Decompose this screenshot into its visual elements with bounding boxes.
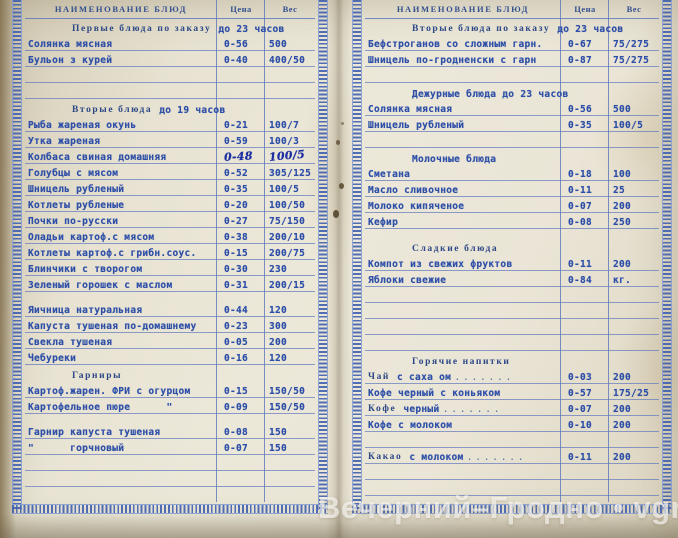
- dish-price: 0-48: [217, 150, 266, 163]
- dish-name-typed: Кофе с молоком: [368, 421, 452, 431]
- dish-name: Первые блюда по заказудо 23 часов: [69, 25, 315, 35]
- dish-weight: 305/125: [265, 169, 315, 179]
- dish-name-typed: Свекла тушеная: [28, 338, 112, 348]
- menu-row: Кофе с молоком 0-10 200: [365, 416, 659, 432]
- dish-name: Шницель рубленый: [365, 121, 561, 131]
- dish-name: Кофе с молоком: [365, 421, 561, 431]
- dish-name-typed: до 23 часов: [557, 25, 623, 35]
- dish-name-typed: Дежурные блюда до 23 часов: [412, 90, 569, 100]
- dish-name: Чебуреки: [25, 354, 217, 364]
- menu-row: Кефир 0-08 250: [365, 213, 659, 229]
- dish-name-typed: Яичница натуральная: [28, 306, 142, 316]
- dish-price: 0-07: [561, 202, 609, 212]
- menu-row: " горчновый 0-07 150: [25, 439, 315, 455]
- menu-row: Дежурные блюда до 23 часов: [365, 83, 659, 100]
- menu-row: Шницель рубленый 0-35 100/5: [365, 116, 659, 132]
- dish-name-typed: Утка жареная: [28, 137, 100, 147]
- book-fold-crease: [326, 0, 352, 538]
- dish-name-printed: Чай: [368, 373, 390, 383]
- menu-row: [25, 292, 315, 301]
- dish-name-typed: Кефир: [368, 218, 398, 228]
- header-weight: Вес: [265, 4, 315, 14]
- menu-row: Бульон з курей 0-40 400/50: [25, 51, 315, 67]
- menu-row: Чебуреки 0-16 120: [25, 349, 315, 365]
- dish-name: Голубцы с мясом: [25, 169, 217, 179]
- menu-row: Свекла тушеная 0-05 200: [25, 333, 315, 349]
- dish-name-typed: Колбаса свиная домашняя: [28, 153, 166, 163]
- dish-name-typed: Капуста тушеная по-домашнему: [28, 322, 197, 332]
- dish-name-typed: Шницель рубленый: [28, 185, 124, 195]
- dot-leader: . . . . . . .: [456, 373, 511, 382]
- menu-row: [365, 132, 659, 148]
- menu-row: [365, 464, 659, 480]
- dish-price: 0-38: [217, 233, 265, 243]
- dish-weight: 75/275: [609, 40, 659, 50]
- menu-row: Компот из свежих фруктов 0-11 200: [365, 255, 659, 271]
- menu-row: [365, 67, 659, 83]
- dish-weight: 200: [609, 260, 659, 270]
- dish-weight: 100/50: [265, 201, 315, 211]
- menu-row: Яичница натуральная 0-44 120: [25, 301, 315, 317]
- dish-price: 0-10: [561, 421, 609, 431]
- dish-name-typed: Оладьи картоф.с мясом: [28, 233, 154, 243]
- dish-weight: 150: [265, 444, 315, 454]
- dish-name-typed: Масло сливочное: [368, 186, 458, 196]
- stitched-border-left: [12, 0, 22, 510]
- dish-name-typed: Картофельное пюре ": [28, 403, 172, 413]
- dish-name-printed: Какао: [368, 453, 402, 463]
- menu-row: [25, 471, 315, 487]
- dish-name-printed: Сладкие блюда: [412, 245, 498, 255]
- dish-name-typed: Рыба жареная окунь: [28, 121, 136, 131]
- dish-name: Масло сливочное: [365, 186, 561, 196]
- dish-name: Почки по-русски: [25, 217, 217, 227]
- dish-price: 0-11: [561, 260, 609, 270]
- menu-row: Котлеты рубленые 0-20 100/50: [25, 196, 315, 212]
- stitched-border-bottom: [12, 504, 328, 514]
- dish-price: 0-67: [561, 40, 609, 50]
- dish-price: 0-05: [217, 338, 265, 348]
- dish-name: Какаос молоком. . . . . . .: [365, 453, 561, 463]
- dish-name-typed: Котлеты рубленые: [28, 201, 124, 211]
- dish-weight: 150/50: [265, 403, 315, 413]
- dish-name-typed: Блинчики с творогом: [28, 265, 142, 275]
- dish-name-typed: Шницель рубленый: [368, 121, 464, 131]
- dish-name-typed: Шницель по-гродненски с гарн: [368, 56, 537, 66]
- menu-row: Рыба жареная окунь 0-21 100/7: [25, 116, 315, 132]
- dish-name-printed: Вторые блюда по заказу: [412, 25, 550, 35]
- dish-weight: 200: [609, 421, 659, 431]
- dish-price: 0-07: [217, 444, 265, 454]
- menu-table: НАИМЕНОВАНИЕ БЛЮД Цена Вес Первые блюда …: [25, 0, 315, 502]
- dish-name: Шницель рубленый: [25, 185, 217, 195]
- menu-row: Шницель по-гродненски с гарн 0-87 75/275: [365, 51, 659, 67]
- dish-price: 0-31: [217, 281, 265, 291]
- dish-name: Чайс саха ом. . . . . . .: [365, 373, 561, 383]
- dish-name-typed: Голубцы с мясом: [28, 169, 118, 179]
- menu-row: Какаос молоком. . . . . . . 0-11 200: [365, 448, 659, 464]
- dish-price: 0-35: [217, 185, 265, 195]
- menu-row: Бефстроганов со сложным гарн. 0-67 75/27…: [365, 35, 659, 51]
- dish-name: Зеленый горошек с маслом: [25, 281, 217, 291]
- dish-name: Вторые блюда по заказудо 23 часов: [409, 25, 659, 35]
- dish-name: Котлеты картоф.с грибн.соус.: [25, 249, 217, 259]
- menu-row: Яблоки свежие 0-84 кг.: [365, 271, 659, 287]
- dish-name: Солянка мясная: [365, 105, 561, 115]
- dish-name: Картофельное пюре ": [25, 403, 217, 413]
- header-weight: Вес: [609, 4, 659, 14]
- menu-row: Сладкие блюда: [365, 238, 659, 255]
- dish-name-typed: Молоко кипяченое: [368, 202, 464, 212]
- dish-weight: 200/75: [265, 249, 315, 259]
- age-speck: [341, 122, 344, 125]
- dish-name-typed: Яблоки свежие: [368, 276, 446, 286]
- dish-weight: 120: [265, 306, 315, 316]
- dish-name: Сметана: [365, 170, 561, 180]
- dish-weight: 500: [609, 105, 659, 115]
- dish-name-typed: Картоф.жарен. ФРИ с огурцом: [28, 387, 191, 397]
- dish-weight: 100/3: [265, 137, 315, 147]
- dish-price: 0-23: [217, 322, 265, 332]
- dish-name: Колбаса свиная домашняя: [25, 153, 217, 163]
- menu-row: Картофельное пюре " 0-09 150/50: [25, 398, 315, 414]
- dish-name: Горячие напитки: [409, 358, 659, 368]
- menu-row: Почки по-русски 0-27 75/150: [25, 212, 315, 228]
- dish-name: Бульон з курей: [25, 56, 217, 66]
- menu-row: Солянка мясная 0-56 500: [25, 35, 315, 51]
- dish-price: 0-11: [561, 453, 609, 463]
- dish-name: Картоф.жарен. ФРИ с огурцом: [25, 387, 217, 397]
- age-speck: [333, 210, 339, 218]
- dish-name: Блинчики с творогом: [25, 265, 217, 275]
- dish-weight: 500: [265, 40, 315, 50]
- menu-row: [365, 432, 659, 448]
- dish-price: 0-09: [217, 403, 265, 413]
- dish-name-typed: Компот из свежих фруктов: [368, 260, 512, 270]
- dish-name-typed: Чебуреки: [28, 354, 76, 364]
- dish-name-typed: Зеленый горошек с маслом: [28, 281, 172, 291]
- header-name: НАИМЕНОВАНИЕ БЛЮД: [365, 4, 561, 14]
- dish-price: 0-15: [217, 387, 265, 397]
- menu-row: Кофе черный с коньяком 0-57 175/25: [365, 384, 659, 400]
- menu-row: [25, 83, 315, 99]
- menu-row: Блинчики с творогом 0-30 230: [25, 260, 315, 276]
- menu-row: Сметана 0-18 100: [365, 165, 659, 181]
- table-header: НАИМЕНОВАНИЕ БЛЮД Цена Вес: [365, 0, 659, 19]
- dish-weight: 200: [609, 202, 659, 212]
- dish-weight: 200/10: [265, 233, 315, 243]
- dish-name: Гарнир капуста тушеная: [25, 428, 217, 438]
- dish-price: 0-30: [217, 265, 265, 275]
- dish-name: Молочные блюда: [409, 155, 659, 165]
- menu-row: Чайс саха ом. . . . . . . 0-03 200: [365, 368, 659, 384]
- dish-price: 0-08: [217, 428, 265, 438]
- menu-row: [365, 319, 659, 335]
- menu-rows: Вторые блюда по заказудо 23 часов Бефстр…: [365, 18, 659, 502]
- menu-rows: Первые блюда по заказудо 23 часов Солянк…: [25, 18, 315, 502]
- menu-row: Солянка мясная 0-56 500: [365, 100, 659, 116]
- dish-price: 0-56: [561, 105, 609, 115]
- menu-row: [365, 287, 659, 303]
- dish-price: 0-16: [217, 354, 265, 364]
- dish-name: Кофе черный с коньяком: [365, 389, 561, 399]
- dish-price: 0-40: [217, 56, 265, 66]
- dish-weight: 100: [609, 170, 659, 180]
- menu-photo: НАИМЕНОВАНИЕ БЛЮД Цена Вес Первые блюда …: [0, 0, 678, 538]
- dot-leader: . . . . . . .: [469, 453, 524, 462]
- dish-name-typed: Гарнир капуста тушеная: [28, 428, 160, 438]
- dish-name: " горчновый: [25, 444, 217, 454]
- dish-weight: 100/5: [609, 121, 659, 131]
- menu-row: Котлеты картоф.с грибн.соус. 0-15 200/75: [25, 244, 315, 260]
- menu-row: Шницель рубленый 0-35 100/5: [25, 180, 315, 196]
- menu-row: Картоф.жарен. ФРИ с огурцом 0-15 150/50: [25, 382, 315, 398]
- menu-table: НАИМЕНОВАНИЕ БЛЮД Цена Вес Вторые блюда …: [365, 0, 659, 502]
- menu-row: [25, 414, 315, 423]
- dish-weight: 400/50: [265, 56, 315, 66]
- dish-weight: 200: [609, 373, 659, 383]
- dish-name: Дежурные блюда до 23 часов: [409, 90, 659, 100]
- dish-name: Бефстроганов со сложным гарн.: [365, 40, 561, 50]
- menu-row: Голубцы с мясом 0-52 305/125: [25, 164, 315, 180]
- dish-price: 0-07: [561, 405, 609, 415]
- menu-row: Оладьи картоф.с мясом 0-38 200/10: [25, 228, 315, 244]
- dish-price: 0-59: [217, 137, 265, 147]
- dish-name-printed: Гарниры: [72, 372, 122, 382]
- dish-name-printed: Горячие напитки: [412, 358, 510, 368]
- dish-weight: 250: [609, 218, 659, 228]
- dish-price: 0-11: [561, 186, 609, 196]
- dish-name: Утка жареная: [25, 137, 217, 147]
- dish-name-typed: Бульон з курей: [28, 56, 112, 66]
- dish-name: Рыба жареная окунь: [25, 121, 217, 131]
- dish-name-typed: до 19 часов: [159, 106, 225, 116]
- dish-weight: 75/275: [609, 56, 659, 66]
- dish-weight: 230: [265, 265, 315, 275]
- dish-name: Кефир: [365, 218, 561, 228]
- dish-name-typed: Кофе черный с коньяком: [368, 389, 500, 399]
- dish-weight: 150: [265, 428, 315, 438]
- dot-leader: . . . . . . .: [444, 405, 499, 414]
- dish-price: 0-03: [561, 373, 609, 383]
- menu-row: Гарнир капуста тушеная 0-08 150: [25, 423, 315, 439]
- menu-row: Колбаса свиная домашняя 0-48 100/5: [25, 148, 315, 164]
- dish-name: Яблоки свежие: [365, 276, 561, 286]
- dish-name: Свекла тушеная: [25, 338, 217, 348]
- dish-name-typed: Почки по-русски: [28, 217, 118, 227]
- dish-weight: 300: [265, 322, 315, 332]
- dish-weight: кг.: [609, 276, 659, 286]
- dish-price: 0-21: [217, 121, 265, 131]
- dish-name: Кофечерный. . . . . . .: [365, 405, 561, 415]
- dish-name-typed: с саха ом: [397, 373, 451, 383]
- header-price: Цена: [217, 4, 265, 14]
- dish-weight: 200: [609, 405, 659, 415]
- table-header: НАИМЕНОВАНИЕ БЛЮД Цена Вес: [25, 0, 315, 19]
- menu-row: Вторые блюдадо 19 часов: [25, 99, 315, 116]
- dish-name: Гарниры: [69, 372, 315, 382]
- dish-name-printed: Первые блюда по заказу: [72, 25, 211, 35]
- dish-name: Капуста тушеная по-домашнему: [25, 322, 217, 332]
- menu-row: [365, 229, 659, 238]
- dish-weight: 200/15: [265, 281, 315, 291]
- dish-name-typed: до 23 часов: [218, 25, 284, 35]
- dish-name-typed: с молоком: [409, 453, 463, 463]
- dish-price: 0-87: [561, 56, 609, 66]
- dish-name-typed: Бефстроганов со сложным гарн.: [368, 40, 543, 50]
- photo-watermark: Вечерний–Гродно • vgr.by: [318, 490, 678, 526]
- dish-name-typed: Сметана: [368, 170, 410, 180]
- dish-name: Солянка мясная: [25, 40, 217, 50]
- header-name: НАИМЕНОВАНИЕ БЛЮД: [25, 4, 217, 14]
- menu-page-left: НАИМЕНОВАНИЕ БЛЮД Цена Вес Первые блюда …: [12, 0, 328, 516]
- menu-row: [25, 455, 315, 471]
- menu-page-right: НАИМЕНОВАНИЕ БЛЮД Цена Вес Вторые блюда …: [352, 0, 672, 516]
- dish-name-printed: Кофе: [368, 405, 396, 415]
- dish-weight: 100/7: [265, 121, 315, 131]
- dish-name: Компот из свежих фруктов: [365, 260, 561, 270]
- dish-price: 0-44: [217, 306, 265, 316]
- menu-row: Гарниры: [25, 365, 315, 382]
- dish-name: Шницель по-гродненски с гарн: [365, 56, 561, 66]
- menu-row: Зеленый горошек с маслом 0-31 200/15: [25, 276, 315, 292]
- dish-price: 0-08: [561, 218, 609, 228]
- header-price: Цена: [561, 4, 609, 14]
- stitched-border-left: [352, 0, 362, 510]
- dish-weight: 100/5: [265, 148, 316, 163]
- dish-name-typed: " горчновый: [28, 444, 124, 454]
- menu-row: Горячие напитки: [365, 351, 659, 368]
- dish-price: 0-52: [217, 169, 265, 179]
- menu-row: Кофечерный. . . . . . . 0-07 200: [365, 400, 659, 416]
- dish-weight: 200: [265, 338, 315, 348]
- menu-row: Вторые блюда по заказудо 23 часов: [365, 18, 659, 35]
- menu-row: Первые блюда по заказудо 23 часов: [25, 18, 315, 35]
- dish-price: 0-18: [561, 170, 609, 180]
- menu-row: [25, 67, 315, 83]
- dish-name: Молоко кипяченое: [365, 202, 561, 212]
- dish-name: Котлеты рубленые: [25, 201, 217, 211]
- dish-weight: 120: [265, 354, 315, 364]
- age-speck: [339, 183, 344, 189]
- dish-name: Сладкие блюда: [409, 245, 659, 255]
- dish-weight: 200: [609, 453, 659, 463]
- dish-name-typed: Солянка мясная: [368, 105, 452, 115]
- dish-price: 0-57: [561, 389, 609, 399]
- dish-price: 0-27: [217, 217, 265, 227]
- dish-name: Вторые блюдадо 19 часов: [69, 106, 315, 116]
- menu-row: Молочные блюда: [365, 148, 659, 165]
- menu-row: Молоко кипяченое 0-07 200: [365, 197, 659, 213]
- dish-price: 0-84: [561, 276, 609, 286]
- dish-weight: 175/25: [609, 389, 659, 399]
- menu-row: Масло сливочное 0-11 25: [365, 181, 659, 197]
- dish-weight: 100/5: [265, 185, 315, 195]
- menu-row: Капуста тушеная по-домашнему 0-23 300: [25, 317, 315, 333]
- dish-name-typed: Котлеты картоф.с грибн.соус.: [28, 249, 197, 259]
- menu-row: Утка жареная 0-59 100/3: [25, 132, 315, 148]
- menu-row: [365, 335, 659, 351]
- stitched-border-right: [662, 0, 672, 510]
- dish-name-typed: черный: [403, 405, 439, 415]
- dish-weight: 150/50: [265, 387, 315, 397]
- dish-name: Яичница натуральная: [25, 306, 217, 316]
- age-speck: [336, 140, 340, 145]
- dish-name-printed: Вторые блюда: [72, 106, 152, 116]
- dish-price: 0-56: [217, 40, 265, 50]
- dish-name: Оладьи картоф.с мясом: [25, 233, 217, 243]
- dish-weight: 25: [609, 186, 659, 196]
- dish-price: 0-15: [217, 249, 265, 259]
- dish-price: 0-35: [561, 121, 609, 131]
- dish-name-typed: Солянка мясная: [28, 40, 112, 50]
- dish-price: 0-20: [217, 201, 265, 211]
- dish-name-typed: Молочные блюда: [412, 155, 496, 165]
- menu-row: [365, 303, 659, 319]
- dish-weight: 75/150: [265, 217, 315, 227]
